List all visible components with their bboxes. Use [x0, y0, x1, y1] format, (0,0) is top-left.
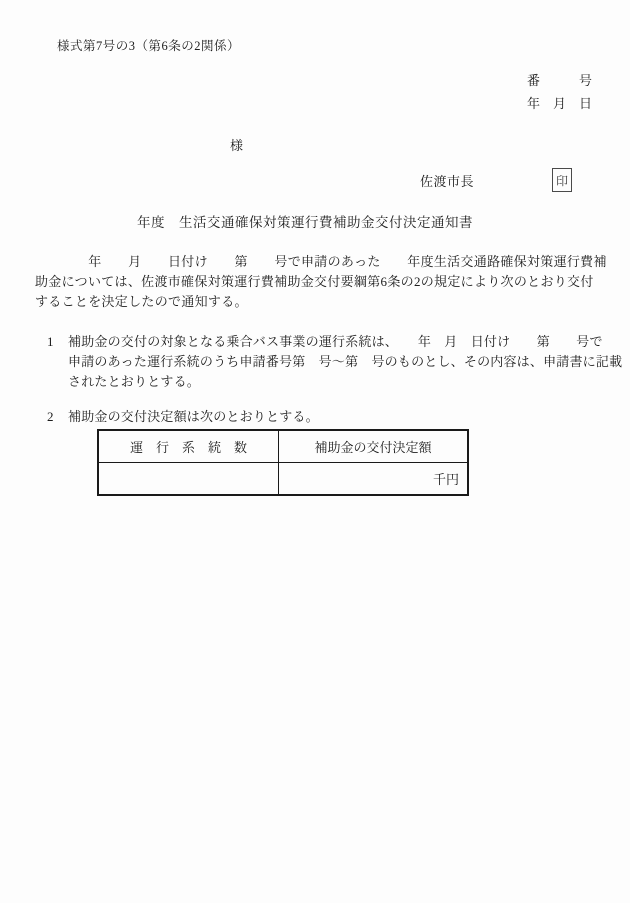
seal-box: 印 [552, 168, 572, 192]
sender-row: 佐渡市長 印 [420, 168, 572, 192]
document-date-line: 年 月 日 [527, 92, 592, 115]
table-header-row: 運 行 系 統 数 補助金の交付決定額 [98, 430, 468, 463]
grant-decision-table: 運 行 系 統 数 補助金の交付決定額 千円 [97, 429, 469, 496]
item-2-text: 補助金の交付決定額は次のとおりとする。 [68, 407, 319, 427]
document-number-line: 番 号 [527, 69, 592, 92]
item-2-number: 2 [47, 407, 68, 427]
item-1-number: 1 [47, 332, 68, 392]
document-header-right: 番 号 年 月 日 [527, 69, 592, 115]
item-1-line: 申請のあった運行系統のうち申請番号第 号～第 号のものとし、その内容は、申請書に… [68, 352, 622, 372]
header-cell-route-count: 運 行 系 統 数 [98, 430, 279, 463]
item-1-line: されたとおりとする。 [68, 372, 622, 392]
table-data-row: 千円 [98, 463, 468, 496]
header-cell-grant-amount: 補助金の交付決定額 [279, 430, 469, 463]
item-1: 1 補助金の交付の対象となる乗合バス事業の運行系統は、 年 月 日付け 第 号で… [47, 332, 622, 392]
notification-document-page: 様式第7号の3（第6条の2関係） 番 号 年 月 日 様 佐渡市長 印 年度 生… [0, 0, 630, 903]
item-2: 2 補助金の交付決定額は次のとおりとする。 [47, 407, 319, 427]
body-paragraph: 年 月 日付け 第 号で申請のあった 年度生活交通路確保対策運行費補 助金につい… [35, 252, 607, 312]
body-line: 助金については、佐渡市確保対策運行費補助金交付要綱第6条の2の規定により次のとお… [35, 272, 607, 292]
cell-grant-amount-unit: 千円 [279, 463, 469, 496]
body-line: することを決定したので通知する。 [35, 292, 607, 312]
form-number: 様式第7号の3（第6条の2関係） [57, 36, 240, 54]
sender-title: 佐渡市長 [420, 171, 474, 190]
cell-route-count [98, 463, 279, 496]
item-1-text: 補助金の交付の対象となる乗合バス事業の運行系統は、 年 月 日付け 第 号で 申… [68, 332, 622, 392]
body-line: 年 月 日付け 第 号で申請のあった 年度生活交通路確保対策運行費補 [35, 252, 607, 272]
item-2-line: 補助金の交付決定額は次のとおりとする。 [68, 407, 319, 427]
seal-mark: 印 [556, 172, 568, 189]
item-1-line: 補助金の交付の対象となる乗合バス事業の運行系統は、 年 月 日付け 第 号で [68, 332, 622, 352]
document-title: 年度 生活交通確保対策運行費補助金交付決定通知書 [0, 211, 610, 231]
addressee-honorific: 様 [230, 135, 243, 154]
